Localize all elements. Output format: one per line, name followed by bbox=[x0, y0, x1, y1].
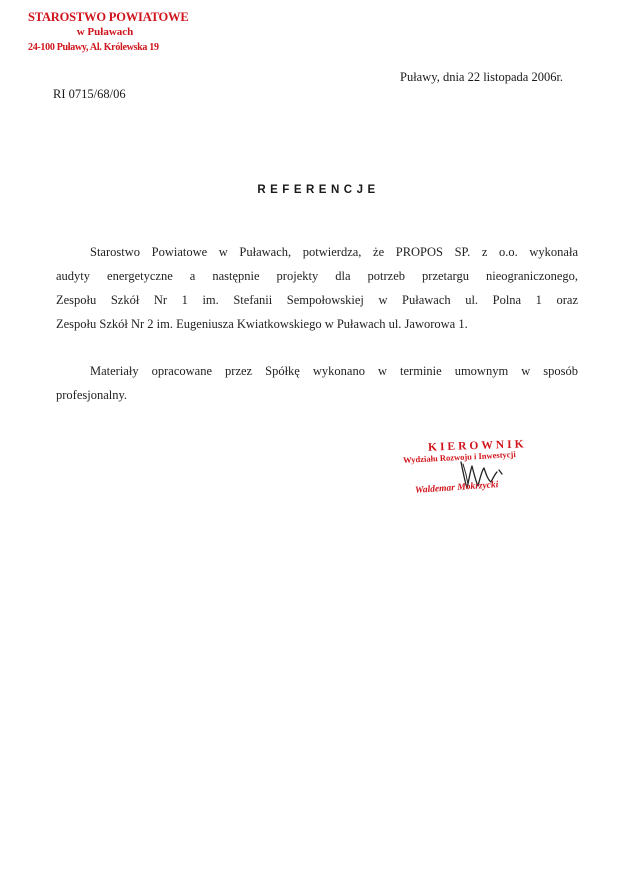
reference-number: RI 0715/68/06 bbox=[53, 87, 126, 102]
signatory-name: Waldemar Mokrzycki bbox=[415, 480, 499, 496]
body-paragraph-quality: Materiały opracowane przez Spółkę wykona… bbox=[56, 359, 578, 407]
letterhead-institution: STAROSTWO POWIATOWE bbox=[28, 10, 178, 25]
paragraph-line: Starostwo Powiatowe w Puławach, potwierd… bbox=[56, 240, 578, 264]
paragraph-line: profesjonalny. bbox=[56, 383, 578, 407]
document-date: Puławy, dnia 22 listopada 2006r. bbox=[400, 70, 563, 85]
paragraph-line: audyty energetyczne a następnie projekty… bbox=[56, 264, 578, 288]
letterhead-address: 24-100 Puławy, Al. Królewska 19 bbox=[28, 40, 178, 55]
body-paragraph-confirmation: Starostwo Powiatowe w Puławach, potwierd… bbox=[56, 240, 578, 336]
document-title: REFERENCJE bbox=[0, 184, 629, 196]
letterhead-city: w Puławach bbox=[28, 25, 178, 40]
paragraph-line: Materiały opracowane przez Spółkę wykona… bbox=[56, 359, 578, 383]
letterhead-stamp: STAROSTWO POWIATOWE w Puławach 24-100 Pu… bbox=[28, 10, 178, 55]
paragraph-line: Zespołu Szkół Nr 2 im. Eugeniusza Kwiatk… bbox=[56, 312, 578, 336]
signature-stamp: KIEROWNIK Wydziału Rozwoju i Inwestycji … bbox=[400, 440, 550, 510]
paragraph-line: Zespołu Szkół Nr 1 im. Stefanii Sempołow… bbox=[56, 288, 578, 312]
